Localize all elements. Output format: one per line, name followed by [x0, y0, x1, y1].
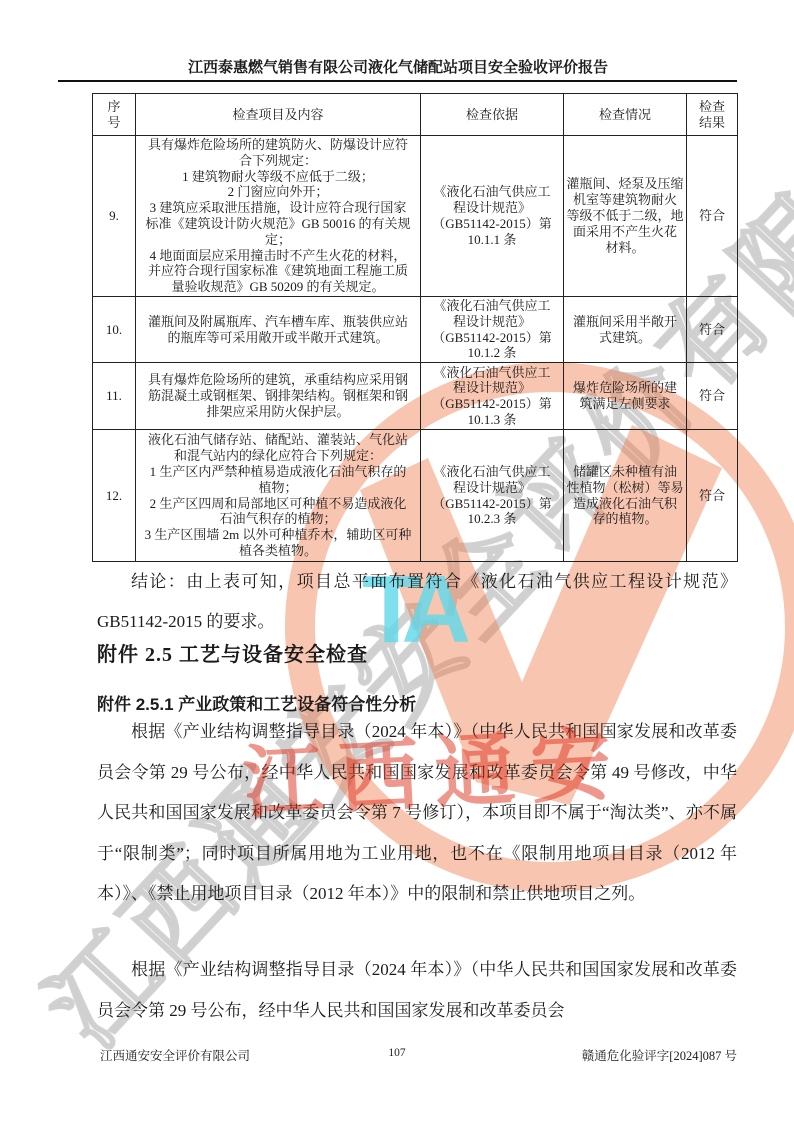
inspection-table: 序 号 检查项目及内容 检查依据 检查情况 检查 结果 9. 具有爆炸危险场所的… [92, 93, 738, 562]
row-12-item: 液化石油气储存站、储配站、灌装站、气化站 和混气站内的绿化应符合下列规定： 1 … [136, 430, 421, 562]
row-9-item: 具有爆炸危险场所的建筑防火、防爆设计应符 合下列规定： 1 建筑物耐火等级不应低… [136, 136, 421, 297]
conclusion-paragraph: 结论：由上表可知，项目总平面布置符合《液化石油气供应工程设计规范》GB51142… [97, 562, 737, 642]
row-9-situation: 灌瓶间、烃泵及压缩 机室等建筑物耐火 等级不低于二级，地 面采用不产生火花 材料… [564, 136, 687, 297]
table-row: 12. 液化石油气储存站、储配站、灌装站、气化站 和混气站内的绿化应符合下列规定… [93, 430, 738, 562]
row-10-basis: 《液化石油气供应工 程设计规范》 （GB51142-2015）第 10.1.2 … [421, 296, 564, 362]
table-row: 11. 具有爆炸危险场所的建筑，承重结构应采用钢 筋混凝土或钢框架、钢排架结构。… [93, 363, 738, 430]
table-row: 10. 灌瓶间及附属瓶库、汽车槽车库、瓶装供应站 的瓶库等可采用敞开或半敞开式建… [93, 296, 738, 362]
row-10-no: 10. [93, 296, 136, 362]
row-11-situation: 爆炸危险场所的建 筑满足左侧要求 [564, 363, 687, 430]
row-12-situation: 储罐区未种植有油 性植物（松树）等易 造成液化石油气积 存的植物。 [564, 430, 687, 562]
column-header-basis: 检查依据 [421, 94, 564, 136]
row-11-result: 符合 [687, 363, 738, 430]
row-12-result: 符合 [687, 430, 738, 562]
section-heading-2-5: 附件 2.5 工艺与设备安全检查 [97, 638, 368, 667]
column-header-item: 检查项目及内容 [136, 94, 421, 136]
row-9-basis: 《液化石油气供应工 程设计规范》 （GB51142-2015）第 10.1.1 … [421, 136, 564, 297]
row-10-result: 符合 [687, 296, 738, 362]
column-header-no: 序 号 [93, 94, 136, 136]
row-10-item: 灌瓶间及附属瓶库、汽车槽车库、瓶装供应站 的瓶库等可采用敞开或半敞开式建筑。 [136, 296, 421, 362]
footer-doc-number: 赣通危化验评字[2024]087 号 [582, 1046, 737, 1064]
body-paragraph-2: 根据《产业结构调整指导目录（2024 年本）》（中华人民共和国国家发展和改革委员… [97, 950, 737, 1031]
row-12-no: 12. [93, 430, 136, 562]
header-rule [58, 80, 737, 82]
column-header-result: 检查 结果 [687, 94, 738, 136]
body-paragraph-1: 根据《产业结构调整指导目录（2024 年本）》（中华人民共和国国家发展和改革委员… [97, 712, 737, 915]
column-header-situation: 检查情况 [564, 94, 687, 136]
table-row: 9. 具有爆炸危险场所的建筑防火、防爆设计应符 合下列规定： 1 建筑物耐火等级… [93, 136, 738, 297]
row-12-basis: 《液化石油气供应工 程设计规范》 （GB51142-2015）第 10.2.3 … [421, 430, 564, 562]
page-header-title: 江西泰惠燃气销售有限公司液化气储配站项目安全验收评价报告 [60, 56, 736, 77]
row-11-no: 11. [93, 363, 136, 430]
row-10-situation: 灌瓶间采用半敞开 式建筑。 [564, 296, 687, 362]
row-11-item: 具有爆炸危险场所的建筑，承重结构应采用钢 筋混凝土或钢框架、钢排架结构。钢框架和… [136, 363, 421, 430]
report-page: 江西通安安全评价有限公司 TA 江西通安 江西泰惠燃气销售有限公司液化气储配站项… [0, 0, 794, 1123]
row-9-no: 9. [93, 136, 136, 297]
table-header-row: 序 号 检查项目及内容 检查依据 检查情况 检查 结果 [93, 94, 738, 136]
row-11-basis: 《液化石油气供应工 程设计规范》 （GB51142-2015）第 10.1.3 … [421, 363, 564, 430]
row-9-result: 符合 [687, 136, 738, 297]
